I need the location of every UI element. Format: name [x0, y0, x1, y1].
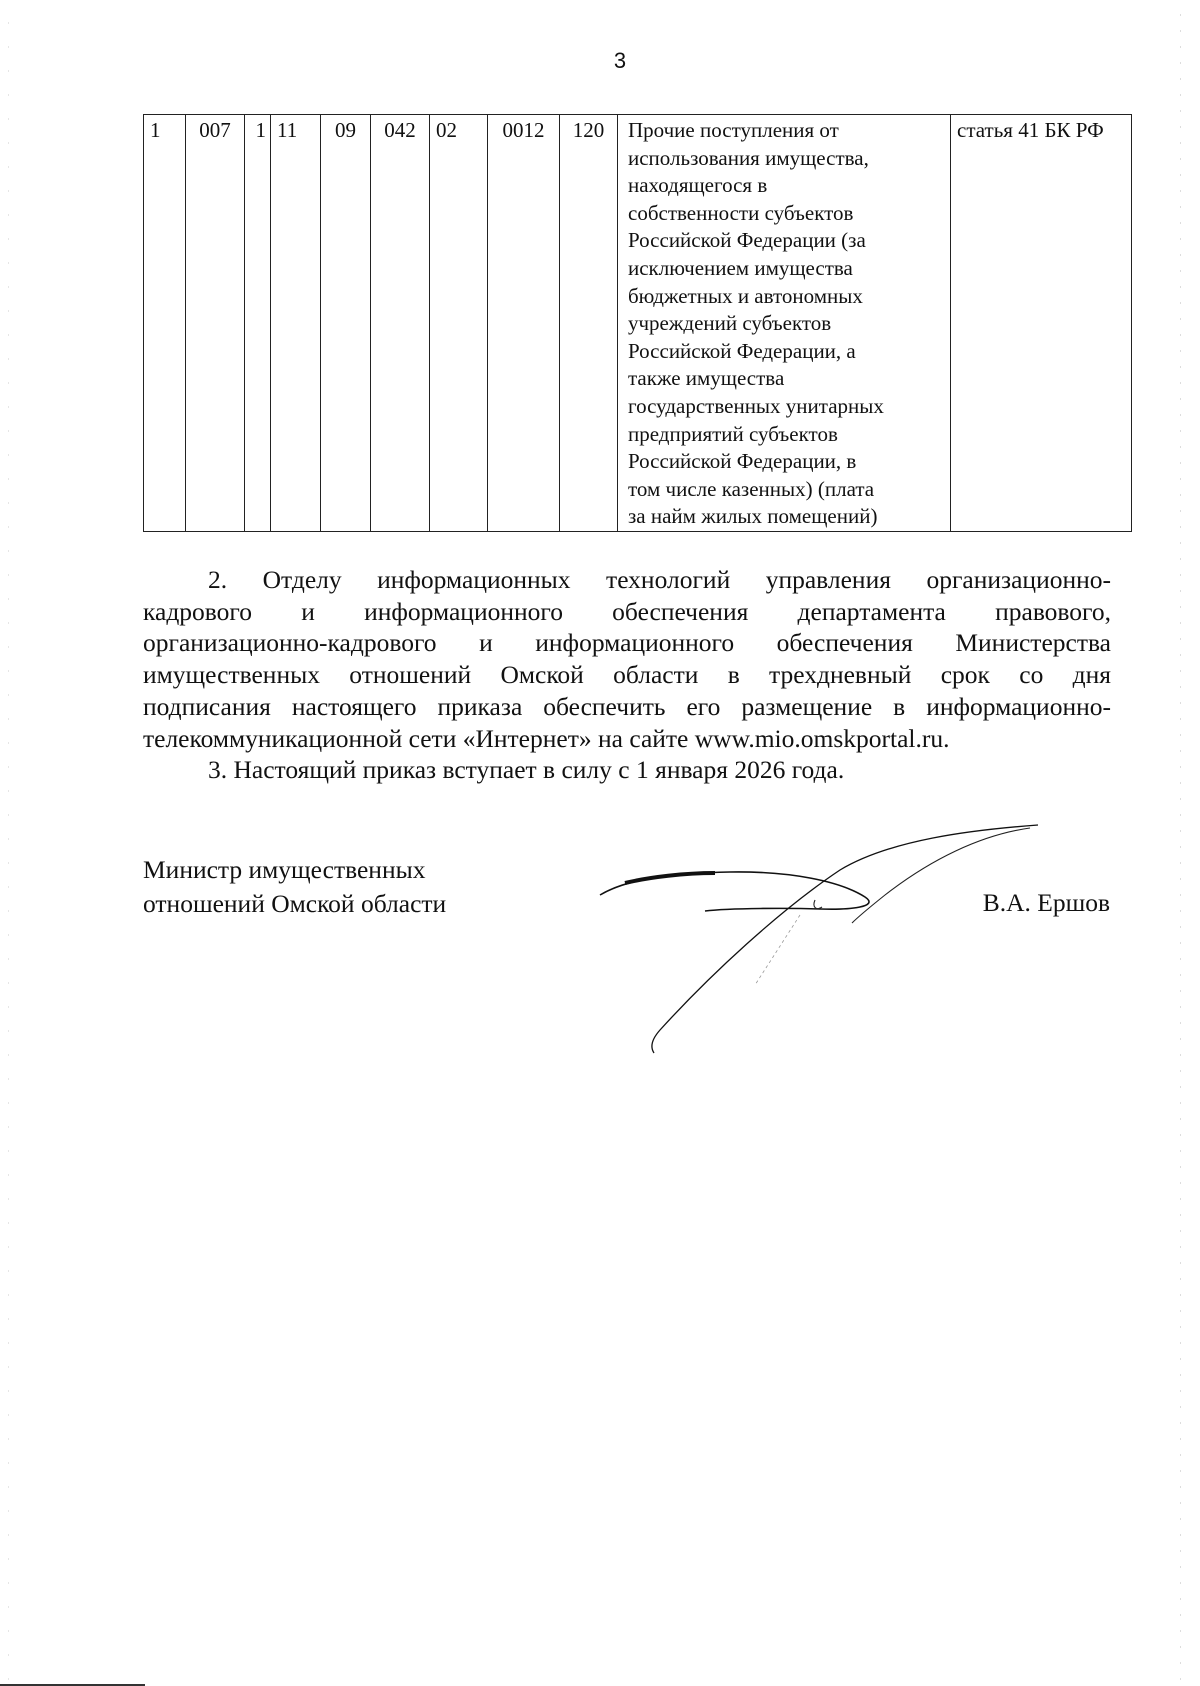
description-line: Прочие поступления от: [628, 117, 944, 145]
table-cell-description: Прочие поступления от использования имущ…: [618, 115, 951, 532]
position-line-1: Министр имущественных: [143, 853, 446, 887]
description-line: за найм жилых помещений): [628, 503, 944, 531]
description-line: исключением имущества: [628, 255, 944, 283]
table-cell-admin-code: 007: [186, 115, 245, 532]
scan-edge-left: [8, 0, 9, 1686]
paragraph-line: кадрового и информационного обеспечения …: [143, 596, 1111, 628]
table-cell-analytic-group: 120: [560, 115, 618, 532]
page-number: 3: [0, 48, 1200, 74]
description-line: Российской Федерации (за: [628, 227, 944, 255]
scan-edge-right: [1180, 0, 1181, 1686]
description-line: Российской Федерации, в: [628, 448, 944, 476]
description-line: собственности субъектов: [628, 200, 944, 228]
description-line: государственных унитарных: [628, 393, 944, 421]
description-line: использования имущества,: [628, 145, 944, 173]
table-cell-row-number: 1: [144, 115, 186, 532]
paragraph-line: 2. Отделу информационных технологий упра…: [143, 564, 1111, 596]
table-cell-subtype: 0012: [488, 115, 560, 532]
table-cell-article: 09: [321, 115, 371, 532]
table-row: 1 007 1 11 09 042 02 0012 120 Прочие пос…: [144, 115, 1132, 532]
paragraph-line: телекоммуникационной сети «Интернет» на …: [143, 723, 1111, 755]
signatory-name: В.А. Ершов: [983, 888, 1110, 918]
paragraph-3: 3. Настоящий приказ вступает в силу с 1 …: [143, 754, 1111, 786]
description-line: находящегося в: [628, 172, 944, 200]
budget-classification-table: 1 007 1 11 09 042 02 0012 120 Прочие пос…: [143, 114, 1132, 532]
paragraph-2: 2. Отделу информационных технологий упра…: [143, 564, 1111, 754]
description-line: учреждений субъектов: [628, 310, 944, 338]
description-line: предприятий субъектов: [628, 421, 944, 449]
position-line-2: отношений Омской области: [143, 887, 446, 921]
table-cell-subarticle: 042: [371, 115, 430, 532]
description-line: том числе казенных) (плата: [628, 476, 944, 504]
table-cell-subgroup: 11: [271, 115, 321, 532]
description-line: также имущества: [628, 365, 944, 393]
paragraph-line: 3. Настоящий приказ вступает в силу с 1 …: [143, 754, 1111, 786]
paragraph-line: подписания настоящего приказа обеспечить…: [143, 691, 1111, 723]
table-cell-element: 02: [430, 115, 488, 532]
table-cell-legal-basis: статья 41 БК РФ: [951, 115, 1132, 532]
table-cell-group: 1: [245, 115, 271, 532]
signatory-position: Министр имущественных отношений Омской о…: [143, 853, 446, 921]
paragraph-line: имущественных отношений Омской области в…: [143, 659, 1111, 691]
handwritten-signature-icon: [590, 815, 1060, 1055]
paragraph-line: организационно-кадрового и информационно…: [143, 627, 1111, 659]
description-line: бюджетных и автономных: [628, 283, 944, 311]
description-line: Российской Федерации, а: [628, 338, 944, 366]
